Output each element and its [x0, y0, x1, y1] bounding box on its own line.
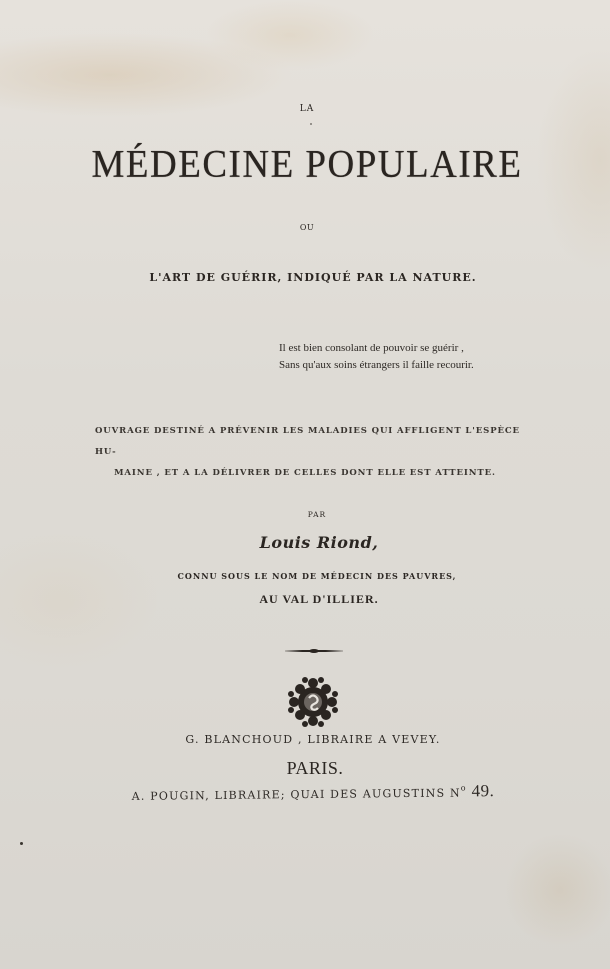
publisher-paris: A. POUGIN, LIBRAIRE; QUAI DES AUGUSTINS …	[8, 780, 610, 806]
epigraph-line-2: Sans qu'aux soins étrangers il faille re…	[279, 357, 474, 374]
paper-speck	[20, 842, 23, 845]
by-label: PAR	[12, 510, 610, 519]
purpose-statement: OUVRAGE DESTINÉ A PRÉVENIR LES MALADIES …	[95, 421, 525, 484]
main-title: MÉDECINE POPULAIRE	[2, 142, 610, 187]
title-conjunction: OU	[2, 223, 610, 232]
epigraph-line-1: Il est bien consolant de pouvoir se guér…	[279, 340, 474, 357]
purpose-line-1: OUVRAGE DESTINÉ A PRÉVENIR LES MALADIES …	[95, 426, 520, 457]
decorative-rule	[285, 650, 343, 652]
publisher-vevey: G. BLANCHOUD , LIBRAIRE A VEVEY.	[8, 733, 610, 746]
number-abbrev: o	[461, 783, 467, 792]
street-number: 49.	[471, 781, 494, 800]
epigraph: Il est bien consolant de pouvoir se guér…	[279, 340, 474, 374]
printer-ornament-icon	[285, 674, 341, 730]
title-article: LA	[2, 104, 610, 114]
author-epithet: CONNU SOUS LE NOM DE MÉDECIN DES PAUVRES…	[12, 571, 610, 581]
paper-speck	[310, 123, 312, 125]
publisher-paris-text: A. POUGIN, LIBRAIRE; QUAI DES AUGUSTINS …	[132, 786, 461, 802]
author-name: Louis Riond,	[14, 533, 610, 552]
title-page: LA MÉDECINE POPULAIRE OU L'ART DE GUÉRIR…	[0, 0, 610, 969]
purpose-line-2: MAINE , ET A LA DÉLIVRER DE CELLES DONT …	[95, 463, 525, 484]
subtitle: L'ART DE GUÉRIR, INDIQUÉ PAR LA NATURE.	[8, 271, 610, 284]
city-paris: PARIS.	[10, 758, 610, 779]
author-place: AU VAL D'ILLIER.	[14, 592, 610, 607]
